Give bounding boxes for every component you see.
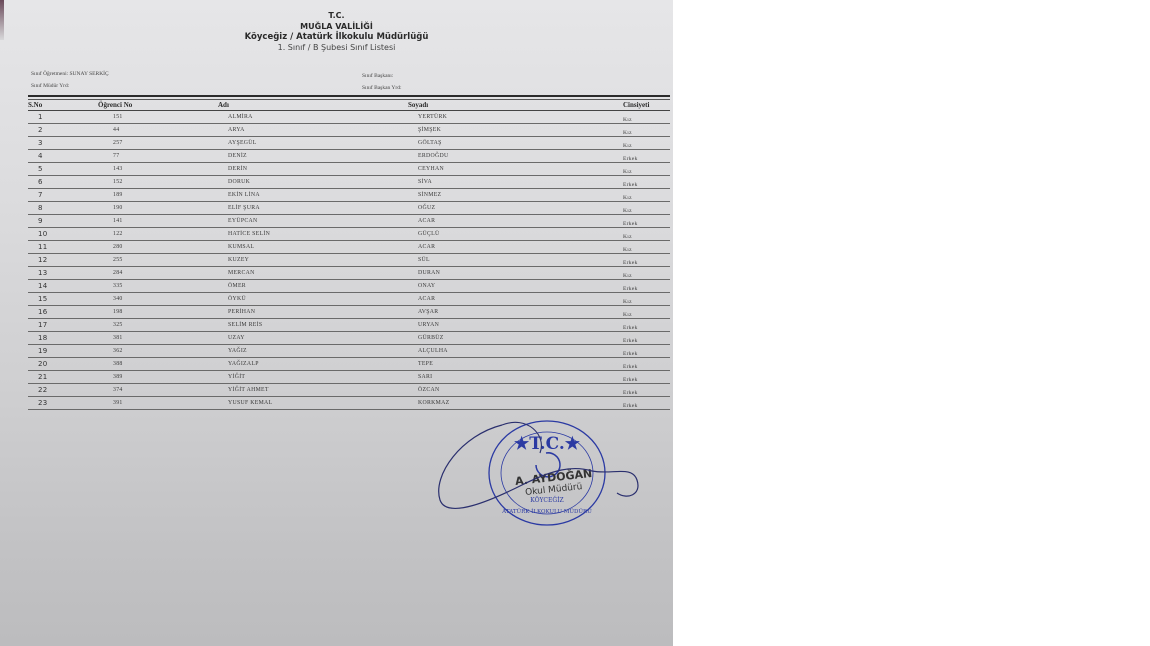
row-student-no: 77 — [98, 150, 198, 163]
row-sno: 5 — [28, 163, 98, 176]
row-surname: SÜL — [388, 254, 623, 267]
row-student-no: 391 — [98, 397, 198, 410]
row-sno: 12 — [28, 254, 98, 267]
table-row: 12255KUZEYSÜLErkek — [28, 254, 670, 267]
row-sno: 11 — [28, 241, 98, 254]
header-governorship: MUĞLA VALİLİĞİ — [0, 22, 673, 31]
table-row: 21389YİĞİTSARIErkek — [28, 371, 670, 384]
table-row: 9141EYÜPCANACARErkek — [28, 215, 670, 228]
row-name: YUSUF KEMAL — [198, 397, 388, 410]
row-surname: SİVA — [388, 176, 623, 189]
row-name: DERİN — [198, 163, 388, 176]
table-row: 3257AYŞEGÜLGÖLTAŞKız — [28, 137, 670, 150]
row-surname: ONAY — [388, 280, 623, 293]
row-student-no: 141 — [98, 215, 198, 228]
row-student-no: 284 — [98, 267, 198, 280]
table-row: 14335ÖMERONAYErkek — [28, 280, 670, 293]
row-sno: 16 — [28, 306, 98, 319]
row-name: MERCAN — [198, 267, 388, 280]
table-row: 10122HATİCE SELİNGÜÇLÜKız — [28, 228, 670, 241]
row-gender: Kız — [623, 189, 670, 202]
row-name: EYÜPCAN — [198, 215, 388, 228]
row-gender: Erkek — [623, 345, 670, 358]
row-surname: OĞUZ — [388, 202, 623, 215]
row-student-no: 44 — [98, 124, 198, 137]
table-row: 1151ALMİRAYERTÜRKKız — [28, 111, 670, 124]
row-surname: ALÇULHA — [388, 345, 623, 358]
row-gender: Kız — [623, 267, 670, 280]
document-photo: T.C. MUĞLA VALİLİĞİ Köyceğiz / Atatürk İ… — [0, 0, 673, 646]
row-student-no: 381 — [98, 332, 198, 345]
student-list-table: S.No Öğrenci No Adı Soyadı Cinsiyeti 115… — [28, 100, 670, 410]
row-sno: 6 — [28, 176, 98, 189]
table-row: 18381UZAYGÜRBÜZErkek — [28, 332, 670, 345]
row-surname: CEYHAN — [388, 163, 623, 176]
row-name: KUZEY — [198, 254, 388, 267]
row-student-no: 152 — [98, 176, 198, 189]
table-row: 8190ELİF ŞURAOĞUZKız — [28, 202, 670, 215]
row-name: EKİN LİNA — [198, 189, 388, 202]
row-sno: 21 — [28, 371, 98, 384]
table-row: 17325SELİM REİSURYANErkek — [28, 319, 670, 332]
row-gender: Erkek — [623, 254, 670, 267]
class-vice-president-label: Sınıf Başkan Yrd: — [362, 85, 402, 91]
column-name: Adı — [198, 100, 388, 111]
row-surname: GÜÇLÜ — [388, 228, 623, 241]
table-row: 11280KUMSALACARKız — [28, 241, 670, 254]
row-name: DENİZ — [198, 150, 388, 163]
column-surname: Soyadı — [388, 100, 623, 111]
svg-text:KÖYCEĞİZ: KÖYCEĞİZ — [530, 496, 563, 504]
teacher-label: Sınıf Öğretmeni: SUNAY SERKİÇ — [31, 71, 109, 77]
row-sno: 1 — [28, 111, 98, 124]
row-student-no: 335 — [98, 280, 198, 293]
row-name: YAĞIZ — [198, 345, 388, 358]
row-student-no: 190 — [98, 202, 198, 215]
row-gender: Erkek — [623, 280, 670, 293]
row-surname: GÜRBÜZ — [388, 332, 623, 345]
row-gender: Erkek — [623, 384, 670, 397]
row-sno: 23 — [28, 397, 98, 410]
row-sno: 19 — [28, 345, 98, 358]
table-row: 19362YAĞIZALÇULHAErkek — [28, 345, 670, 358]
row-surname: ACAR — [388, 215, 623, 228]
row-name: SELİM REİS — [198, 319, 388, 332]
row-gender: Kız — [623, 124, 670, 137]
table-row: 477DENİZERDOĞDUErkek — [28, 150, 670, 163]
row-name: AYŞEGÜL — [198, 137, 388, 150]
row-surname: SİNMEZ — [388, 189, 623, 202]
row-student-no: 189 — [98, 189, 198, 202]
row-student-no: 362 — [98, 345, 198, 358]
column-gender: Cinsiyeti — [623, 100, 670, 111]
row-gender: Erkek — [623, 358, 670, 371]
table-row: 244ARYAŞİMŞEKKız — [28, 124, 670, 137]
row-student-no: 255 — [98, 254, 198, 267]
row-gender: Kız — [623, 202, 670, 215]
row-gender: Kız — [623, 241, 670, 254]
row-sno: 10 — [28, 228, 98, 241]
table-row: 20388YAĞIZALPTEPEErkek — [28, 358, 670, 371]
row-student-no: 340 — [98, 293, 198, 306]
row-sno: 8 — [28, 202, 98, 215]
row-name: UZAY — [198, 332, 388, 345]
row-student-no: 325 — [98, 319, 198, 332]
column-sno: S.No — [28, 100, 98, 111]
header-tc: T.C. — [0, 11, 673, 20]
row-sno: 7 — [28, 189, 98, 202]
row-name: ÖMER — [198, 280, 388, 293]
header-school: Köyceğiz / Atatürk İlkokulu Müdürlüğü — [0, 32, 673, 42]
row-surname: ACAR — [388, 241, 623, 254]
row-sno: 14 — [28, 280, 98, 293]
row-sno: 2 — [28, 124, 98, 137]
table-header-row: S.No Öğrenci No Adı Soyadı Cinsiyeti — [28, 100, 670, 111]
svg-text:ATATÜRK İLKOKULU MÜDÜRÜ: ATATÜRK İLKOKULU MÜDÜRÜ — [501, 508, 592, 515]
row-student-no: 280 — [98, 241, 198, 254]
table-row: 22374YİĞİT AHMETÖZCANErkek — [28, 384, 670, 397]
row-gender: Erkek — [623, 176, 670, 189]
row-name: KUMSAL — [198, 241, 388, 254]
row-gender: Erkek — [623, 150, 670, 163]
row-name: ELİF ŞURA — [198, 202, 388, 215]
class-president-label: Sınıf Başkanı: — [362, 73, 393, 79]
row-surname: ŞİMŞEK — [388, 124, 623, 137]
row-surname: TEPE — [388, 358, 623, 371]
row-sno: 15 — [28, 293, 98, 306]
table-row: 13284MERCANDURANKız — [28, 267, 670, 280]
row-gender: Kız — [623, 306, 670, 319]
row-sno: 3 — [28, 137, 98, 150]
header-rule — [28, 95, 670, 97]
row-gender: Kız — [623, 137, 670, 150]
row-gender: Kız — [623, 163, 670, 176]
table-row: 6152DORUKSİVAErkek — [28, 176, 670, 189]
row-name: DORUK — [198, 176, 388, 189]
row-surname: ERDOĞDU — [388, 150, 623, 163]
row-student-no: 122 — [98, 228, 198, 241]
column-student-no: Öğrenci No — [98, 100, 198, 111]
row-name: ARYA — [198, 124, 388, 137]
row-sno: 17 — [28, 319, 98, 332]
row-sno: 20 — [28, 358, 98, 371]
row-surname: GÖLTAŞ — [388, 137, 623, 150]
svg-text:★T.C.★: ★T.C.★ — [514, 434, 581, 454]
row-gender: Kız — [623, 293, 670, 306]
table-row: 16198PERİHANAVŞARKız — [28, 306, 670, 319]
row-student-no: 374 — [98, 384, 198, 397]
row-surname: URYAN — [388, 319, 623, 332]
row-gender: Kız — [623, 111, 670, 124]
row-surname: ACAR — [388, 293, 623, 306]
row-name: PERİHAN — [198, 306, 388, 319]
table-row: 15340ÖYKÜACARKız — [28, 293, 670, 306]
row-student-no: 151 — [98, 111, 198, 124]
row-student-no: 257 — [98, 137, 198, 150]
row-sno: 22 — [28, 384, 98, 397]
assistant-principal-label: Sınıf Müdür Yrd: — [31, 83, 69, 89]
table-row: 5143DERİNCEYHANKız — [28, 163, 670, 176]
row-student-no: 198 — [98, 306, 198, 319]
row-surname: YERTÜRK — [388, 111, 623, 124]
row-sno: 13 — [28, 267, 98, 280]
row-surname: AVŞAR — [388, 306, 623, 319]
row-sno: 9 — [28, 215, 98, 228]
row-student-no: 143 — [98, 163, 198, 176]
row-sno: 18 — [28, 332, 98, 345]
row-sno: 4 — [28, 150, 98, 163]
row-gender: Kız — [623, 228, 670, 241]
row-name: YİĞİT — [198, 371, 388, 384]
row-surname: DURAN — [388, 267, 623, 280]
row-name: YİĞİT AHMET — [198, 384, 388, 397]
row-surname: SARI — [388, 371, 623, 384]
row-gender: Erkek — [623, 215, 670, 228]
row-gender: Erkek — [623, 371, 670, 384]
row-student-no: 388 — [98, 358, 198, 371]
row-surname: ÖZCAN — [388, 384, 623, 397]
row-name: ÖYKÜ — [198, 293, 388, 306]
row-student-no: 389 — [98, 371, 198, 384]
row-gender: Erkek — [623, 319, 670, 332]
row-gender: Erkek — [623, 332, 670, 345]
table-row: 7189EKİN LİNASİNMEZKız — [28, 189, 670, 202]
official-stamp-signature: ★T.C.★ KÖYCEĞİZ ATATÜRK İLKOKULU MÜDÜRÜ … — [432, 405, 647, 530]
document-title: 1. Sınıf / B Şubesi Sınıf Listesi — [0, 43, 673, 52]
row-name: HATİCE SELİN — [198, 228, 388, 241]
row-name: YAĞIZALP — [198, 358, 388, 371]
row-name: ALMİRA — [198, 111, 388, 124]
